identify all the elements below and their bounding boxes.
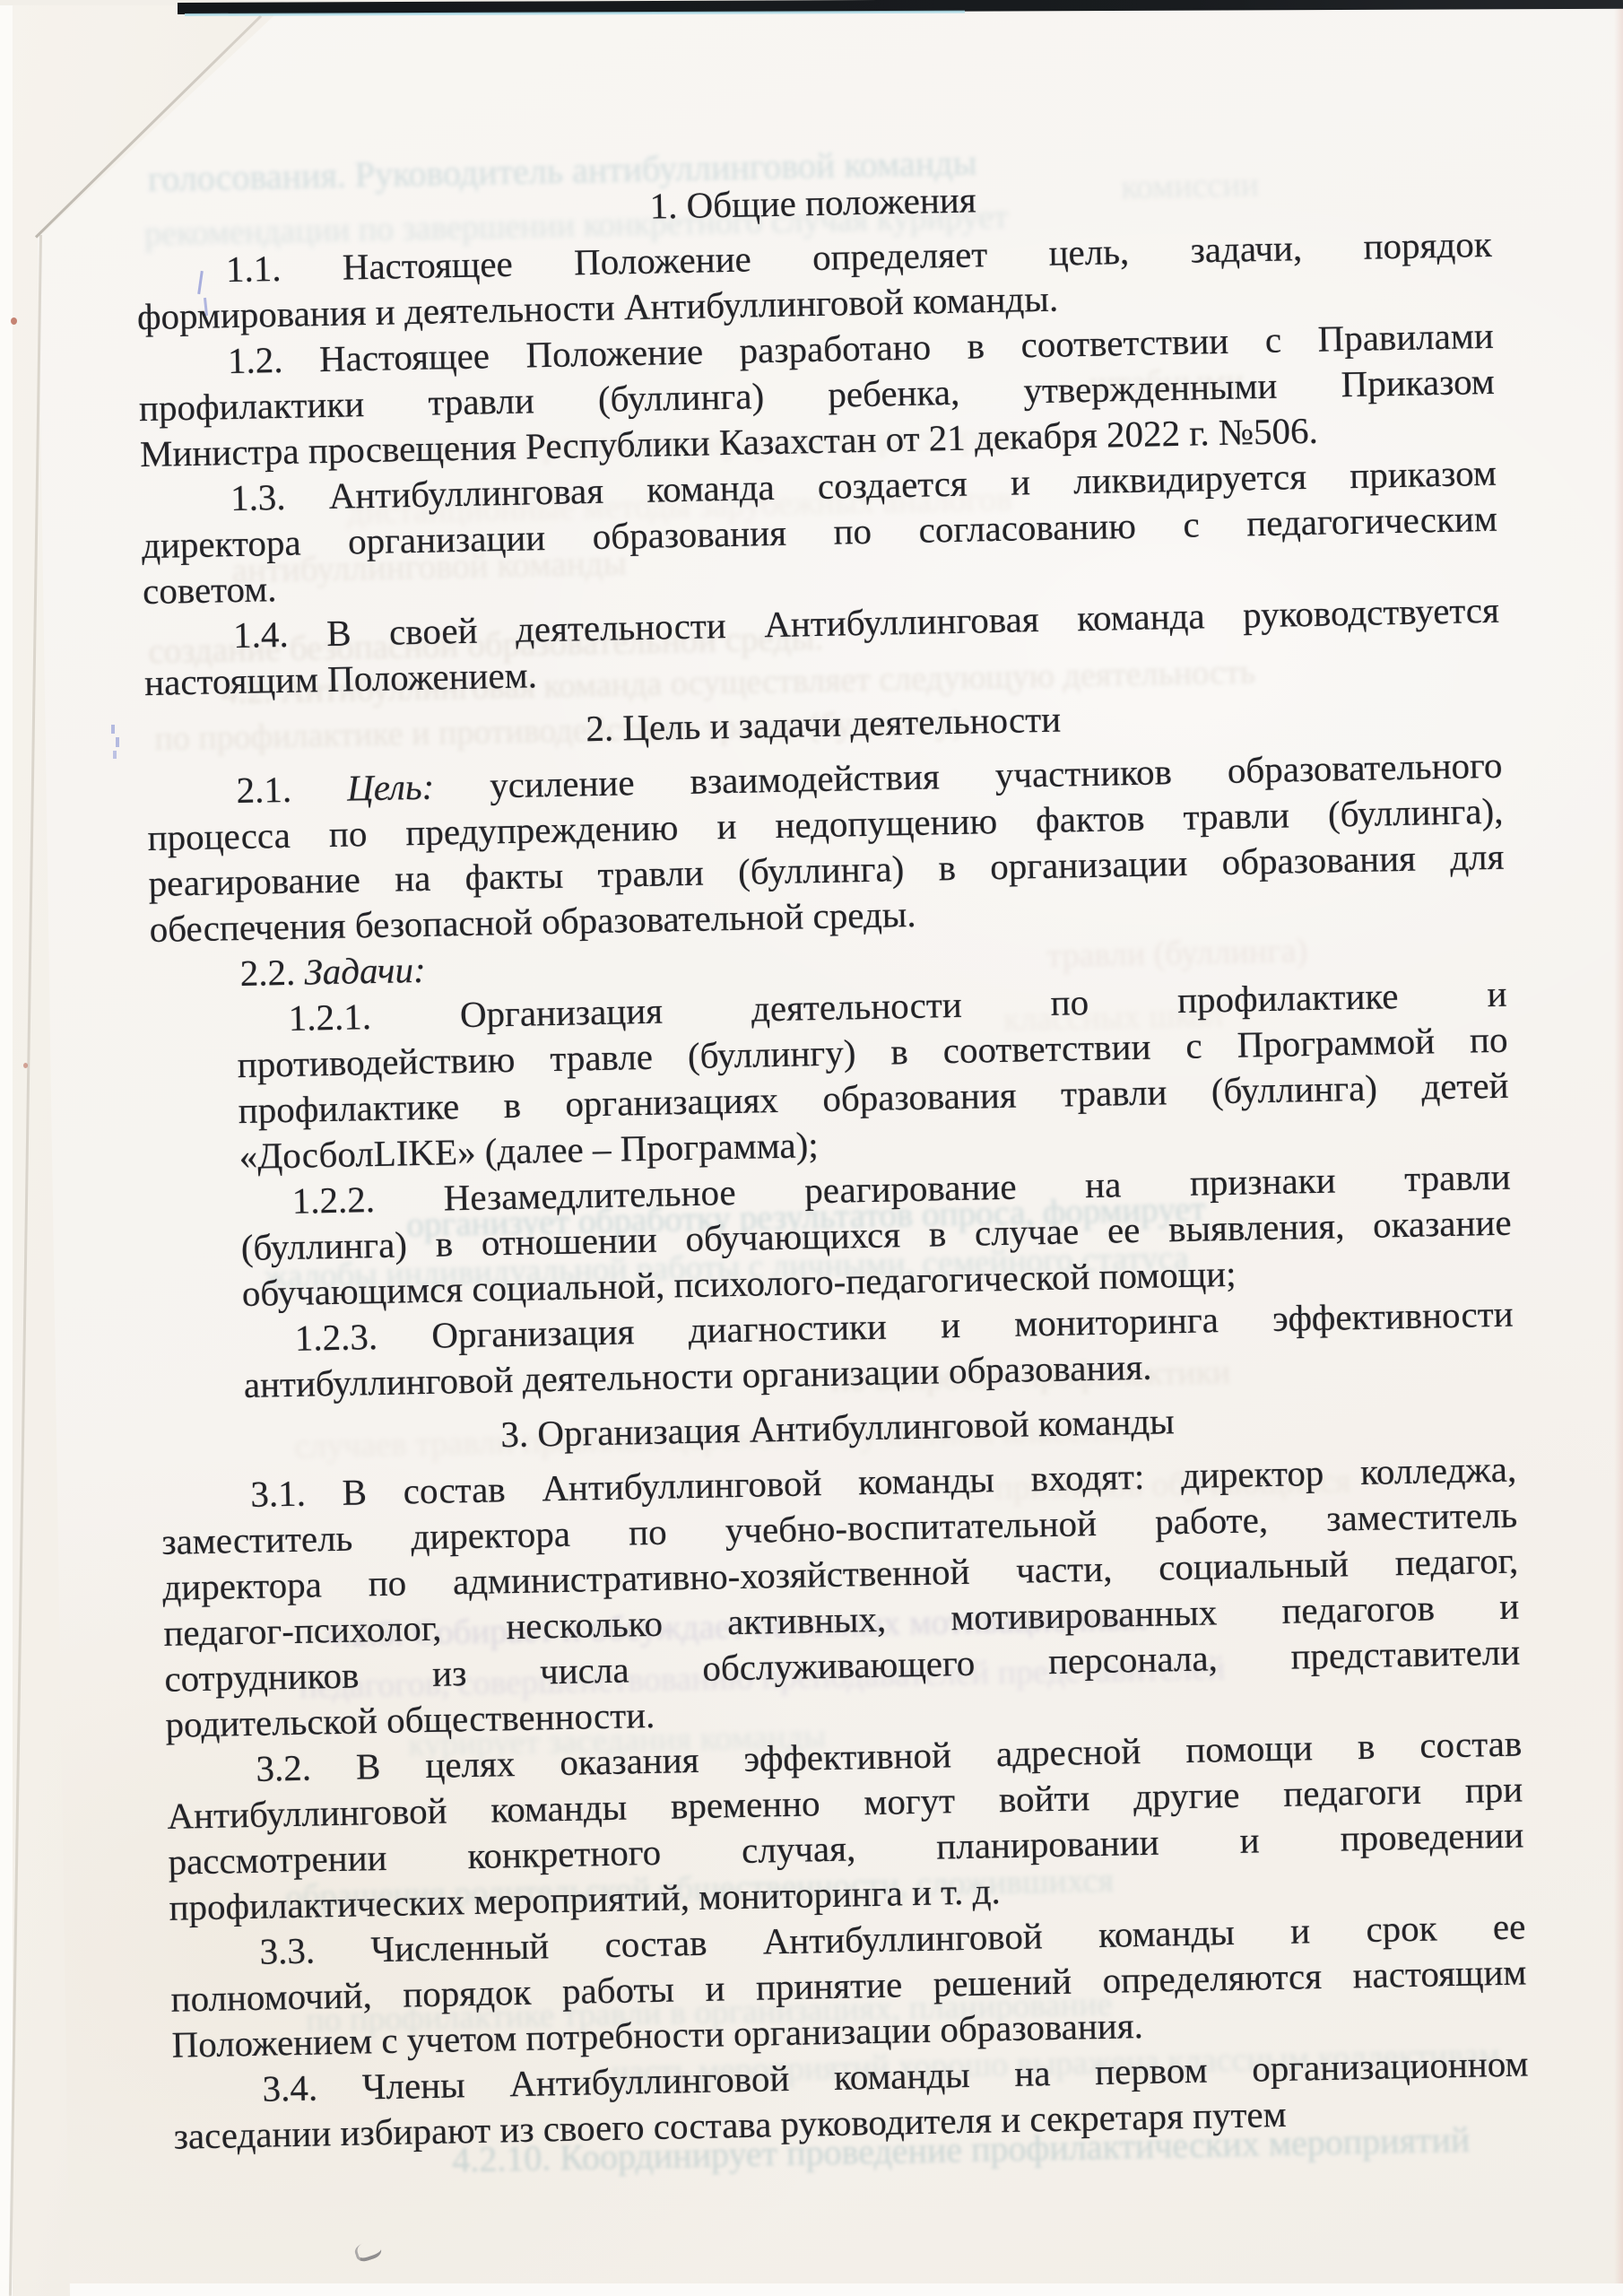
document-body: голосования. Руководитель антибуллингово… (135, 158, 1530, 2160)
paragraph: 1.3. Антибуллинговая команда создается и… (141, 450, 1499, 614)
paragraph: 3.1. В состав Антибуллинговой команды вх… (161, 1447, 1522, 1748)
paragraph: 3.2. В целях оказания эффективной адресн… (166, 1721, 1525, 1931)
ink-dash (116, 737, 119, 747)
ink-smudge (353, 2239, 384, 2264)
scanned-page: голосования. Руководитель антибуллингово… (0, 0, 1623, 2296)
ink-speck (23, 1063, 28, 1068)
paragraph: 1.2.2. Незамедлительное реагирование на … (239, 1154, 1513, 1317)
ink-speck (11, 317, 17, 325)
paragraph: 1.2.1. Организация деятельности по профи… (236, 971, 1510, 1179)
paragraph: 2.1. Цель: усиление взаимодействия участ… (146, 743, 1506, 952)
scanner-edge-strip (0, 0, 13, 2296)
scan-bottom-strip (0, 2283, 1623, 2296)
paragraph: 1.2. Настоящее Положение разработано в с… (137, 313, 1496, 477)
ink-dash (113, 751, 117, 759)
paragraph: 3.3. Численный состав Антибуллинговой ко… (169, 1903, 1528, 2067)
scan-right-streak (1614, 0, 1623, 2296)
ink-dash (111, 725, 115, 734)
